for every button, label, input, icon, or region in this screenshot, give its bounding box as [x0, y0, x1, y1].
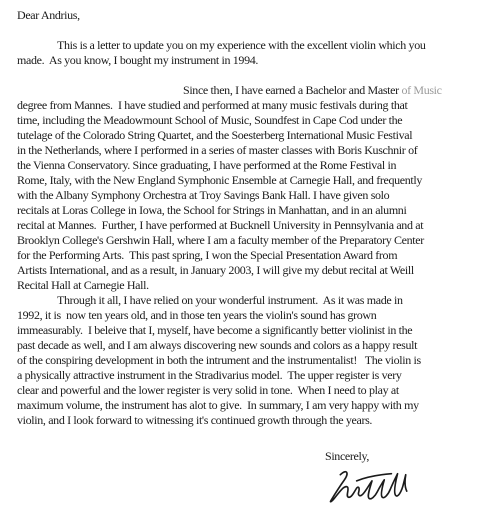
letter-line: for the Performing Arts. This past sprin…	[17, 248, 490, 263]
faded-text: of Music	[401, 83, 441, 97]
letter-line: degree from Mannes. I have studied and p…	[17, 98, 490, 113]
letter-line: of the conspiring development in both th…	[17, 353, 490, 368]
letter-document: Dear Andrius, This is a letter to update…	[0, 0, 500, 520]
letter-line: Recital Hall at Carnegie Hall.	[17, 278, 490, 293]
blank-line	[17, 68, 490, 83]
letter-line: Rome, Italy, with the New England Sympho…	[17, 173, 490, 188]
letter-line: the Vienna Conservatory. Since graduatin…	[17, 158, 490, 173]
handwritten-signature-icon	[326, 466, 418, 508]
letter-line: maximum volume, the instrument has alot …	[17, 398, 490, 413]
salutation: Dear Andrius,	[17, 8, 490, 23]
letter-line: This is a letter to update you on my exp…	[17, 38, 490, 53]
letter-line: violin, and I look forward to witnessing…	[17, 413, 490, 428]
letter-line: Brooklyn College's Gershwin Hall, where …	[17, 233, 490, 248]
letter-line: recitals at Loras College in Iowa, the S…	[17, 203, 490, 218]
letter-line: past decade as well, and I am always dis…	[17, 338, 490, 353]
letter-line: in the Netherlands, where I performed in…	[17, 143, 490, 158]
letter-line: time, including the Meadowmount School o…	[17, 113, 490, 128]
letter-line-text: Since then, I have earned a Bachelor and…	[183, 83, 401, 97]
letter-line: made. As you know, I bought my instrumen…	[17, 53, 490, 68]
letter-line: a physically attractive instrument in th…	[17, 368, 490, 383]
letter-line: recital at Mannes. Further, I have perfo…	[17, 218, 490, 233]
blank-line	[17, 23, 490, 38]
letter-body: Dear Andrius, This is a letter to update…	[17, 8, 490, 464]
letter-line: 1992, it is now ten years old, and in th…	[17, 308, 490, 323]
letter-line: tutelage of the Colorado String Quartet,…	[17, 128, 490, 143]
letter-line: Since then, I have earned a Bachelor and…	[17, 83, 490, 98]
letter-line: Through it all, I have relied on your wo…	[17, 293, 490, 308]
closing: Sincerely,	[17, 449, 490, 464]
letter-line: clear and powerful and the lower registe…	[17, 383, 490, 398]
letter-line: with the Albany Symphony Orchestra at Tr…	[17, 188, 490, 203]
letter-line: immeasurably. I beleive that I, myself, …	[17, 323, 490, 338]
letter-line: Artists International, and as a result, …	[17, 263, 490, 278]
